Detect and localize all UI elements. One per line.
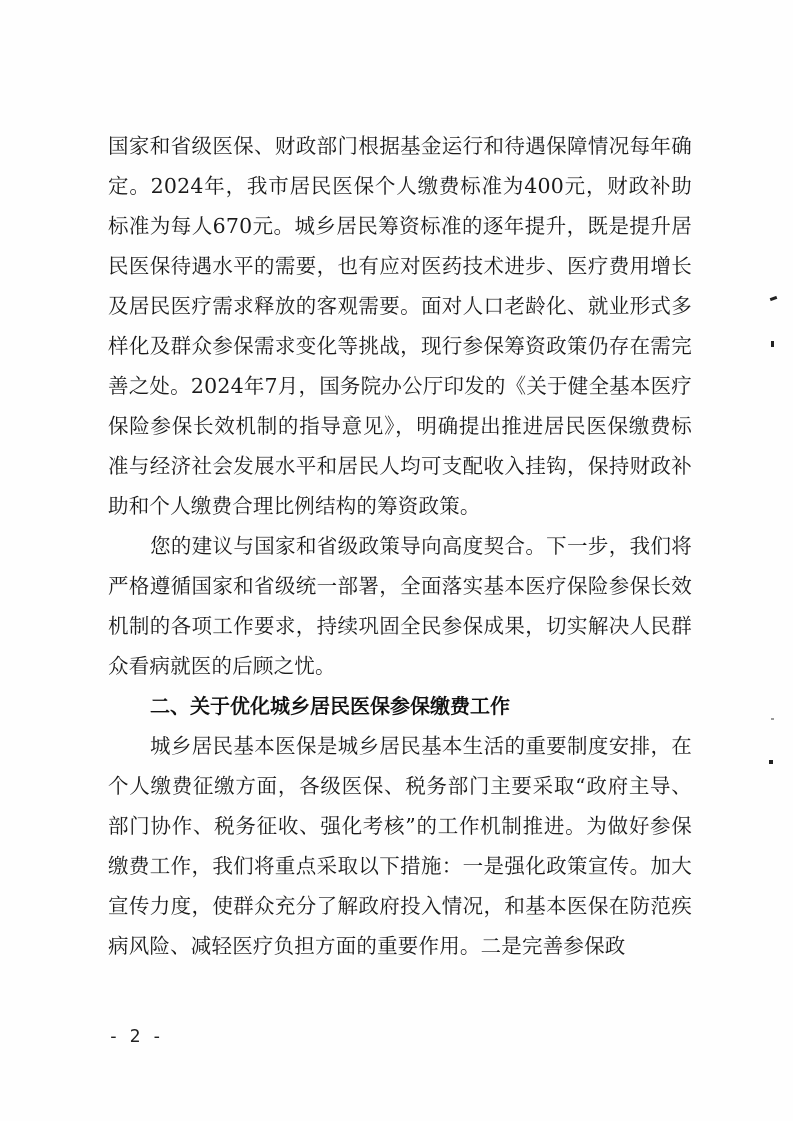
page-number: - 2 -: [108, 1026, 162, 1047]
paragraph-next-steps: 您的建议与国家和省级政策导向高度契合。下一步，我们将严格遵循国家和省级统一部署，…: [108, 526, 692, 686]
document-body: 国家和省级医保、财政部门根据基金运行和待遇保障情况每年确定。2024年，我市居民…: [108, 126, 692, 966]
scan-speck: [771, 718, 774, 720]
scan-speck: [771, 341, 774, 347]
scan-speck: [770, 296, 778, 301]
paragraph-funding-standard: 国家和省级医保、财政部门根据基金运行和待遇保障情况每年确定。2024年，我市居民…: [108, 126, 692, 526]
paragraph-payment-work: 城乡居民基本医保是城乡居民基本生活的重要制度安排，在个人缴费征缴方面，各级医保、…: [108, 726, 692, 966]
scan-speck: [769, 760, 773, 764]
document-page: 国家和省级医保、财政部门根据基金运行和待遇保障情况每年确定。2024年，我市居民…: [0, 0, 793, 1121]
section-heading-2: 二、关于优化城乡居民医保参保缴费工作: [108, 686, 692, 726]
